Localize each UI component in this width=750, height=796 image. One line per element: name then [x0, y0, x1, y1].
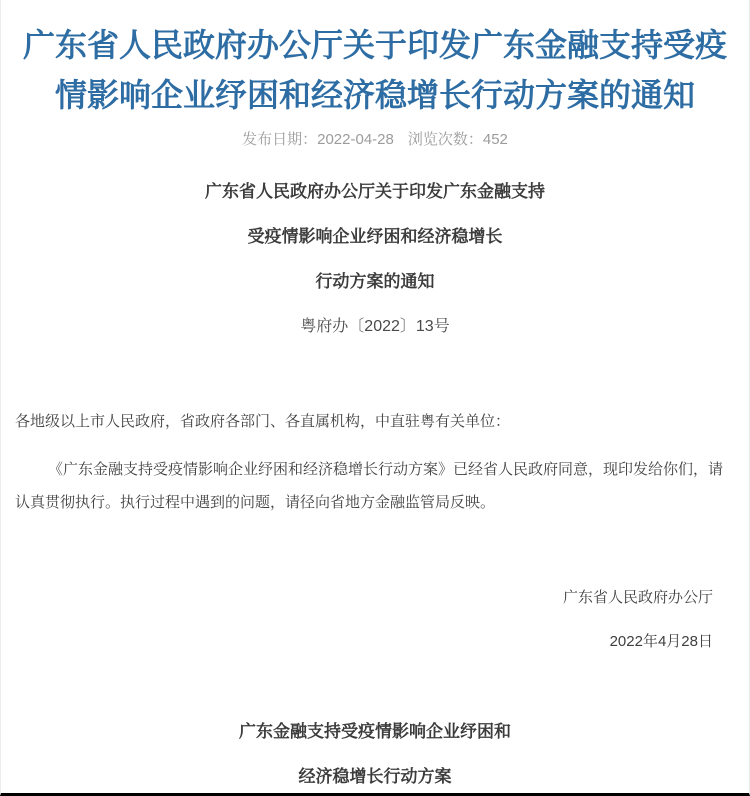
doc-heading-line-3: 行动方案的通知 — [1, 259, 749, 304]
document-page: 广东省人民政府办公厅关于印发广东金融支持受疫情影响企业纾困和经济稳增长行动方案的… — [0, 0, 750, 796]
publish-date-label: 发布日期： — [242, 131, 317, 148]
signature-org: 广东省人民政府办公厅 — [1, 581, 713, 614]
doc-number: 粤府办〔2022〕13号 — [1, 304, 749, 349]
signature-date: 2022年4月28日 — [1, 625, 713, 658]
body-paragraph: 《广东金融支持受疫情影响企业纾困和经济稳增长行动方案》已经省人民政府同意，现印发… — [15, 453, 735, 519]
attachment-title-line-1: 广东金融支持受疫情影响企业纾困和 — [1, 709, 749, 754]
views-label: 浏览次数： — [408, 131, 483, 148]
views-value: 452 — [483, 131, 508, 148]
document-heading: 广东省人民政府办公厅关于印发广东金融支持 受疫情影响企业纾困和经济稳增长 行动方… — [1, 169, 749, 349]
attachment-title: 广东金融支持受疫情影响企业纾困和 经济稳增长行动方案 — [1, 709, 749, 796]
page-title: 广东省人民政府办公厅关于印发广东金融支持受疫情影响企业纾困和经济稳增长行动方案的… — [17, 0, 733, 120]
publish-date-value: 2022-04-28 — [317, 131, 394, 148]
salutation: 各地级以上市人民政府，省政府各部门、各直属机构，中直驻粤有关单位： — [15, 405, 735, 438]
attachment-title-line-2: 经济稳增长行动方案 — [1, 754, 749, 796]
doc-heading-line-2: 受疫情影响企业纾困和经济稳增长 — [1, 214, 749, 259]
meta-line: 发布日期：2022-04-28浏览次数：452 — [1, 128, 749, 149]
signature-block: 广东省人民政府办公厅 2022年4月28日 — [1, 581, 749, 658]
doc-heading-line-1: 广东省人民政府办公厅关于印发广东金融支持 — [1, 169, 749, 214]
